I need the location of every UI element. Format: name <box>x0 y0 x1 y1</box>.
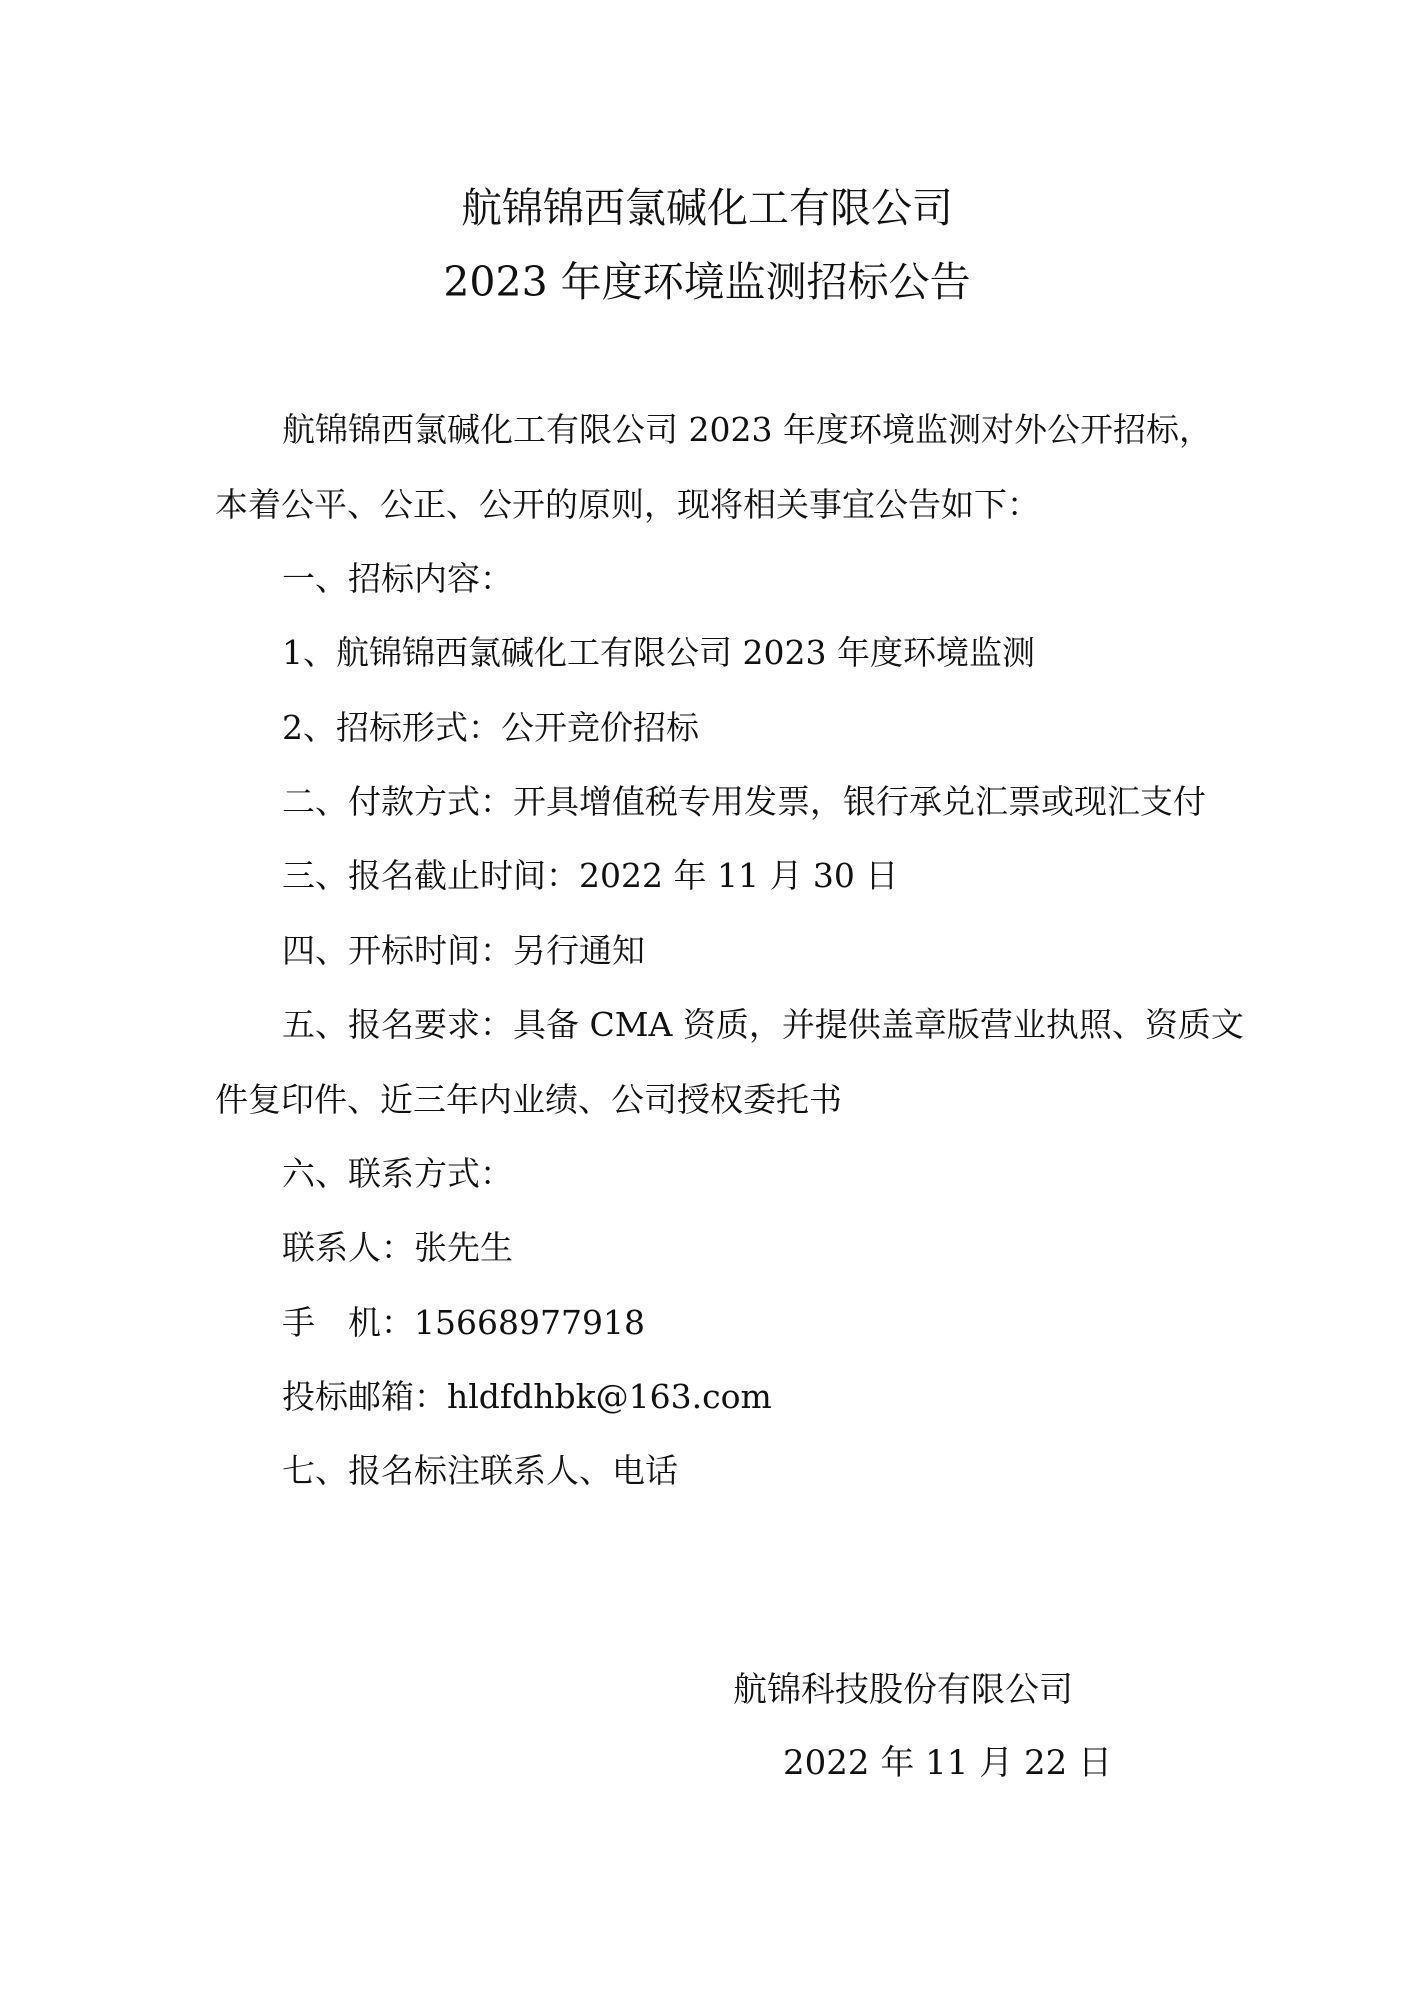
section-1-item-2: 2、招标形式：公开竞价招标 <box>282 708 699 748</box>
intro-line-1: 航锦锦西氯碱化工有限公司 2023 年度环境监测对外公开招标， <box>282 410 1212 450</box>
title-announcement: 2023 年度环境监测招标公告 <box>0 258 1414 306</box>
contact-email: 投标邮箱：hldfdhbk@163.com <box>282 1377 772 1417</box>
intro-line-2: 本着公平、公正、公开的原则，现将相关事宜公告如下： <box>215 485 1040 525</box>
contact-person: 联系人：张先生 <box>282 1228 513 1268</box>
section-2-payment: 二、付款方式：开具增值税专用发票，银行承兑汇票或现汇支付 <box>282 782 1206 822</box>
section-5-requirements-line-1: 五、报名要求：具备 CMA 资质，并提供盖章版营业执照、资质文 <box>282 1005 1244 1045</box>
section-7-note: 七、报名标注联系人、电话 <box>282 1451 678 1491</box>
section-1-heading: 一、招标内容： <box>282 559 513 599</box>
section-1-item-1: 1、航锦锦西氯碱化工有限公司 2023 年度环境监测 <box>282 633 1035 673</box>
contact-mobile: 手 机：15668977918 <box>282 1303 645 1343</box>
section-5-requirements-line-2: 件复印件、近三年内业绩、公司授权委托书 <box>215 1080 842 1120</box>
section-4-opening-time: 四、开标时间：另行通知 <box>282 931 645 971</box>
section-3-deadline: 三、报名截止时间：2022 年 11 月 30 日 <box>282 856 898 896</box>
section-6-heading: 六、联系方式： <box>282 1154 513 1194</box>
title-company: 航锦锦西氯碱化工有限公司 <box>0 184 1414 232</box>
signature-date: 2022 年 11 月 22 日 <box>783 1743 1112 1783</box>
signature-company: 航锦科技股份有限公司 <box>733 1670 1073 1710</box>
